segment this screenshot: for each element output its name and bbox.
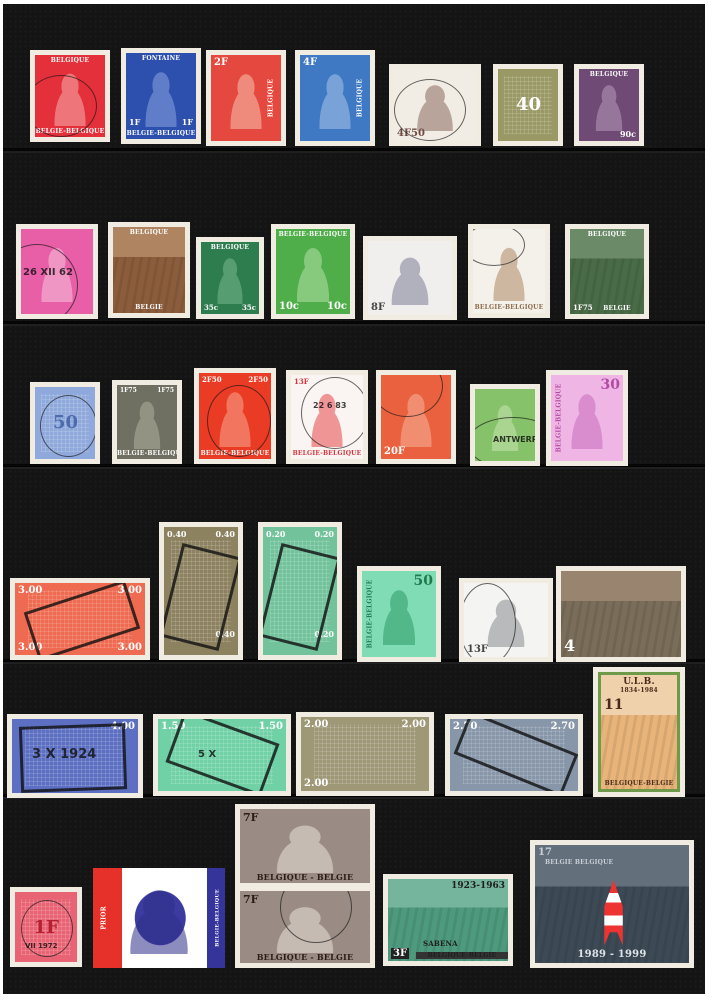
stamp-caption: FONTAINE — [126, 55, 196, 62]
stamp-value: 0.20 — [266, 529, 285, 539]
stamp-value: 2F50 — [202, 375, 222, 384]
stamp-value: 1F75 — [120, 387, 137, 394]
stamp-value: 8F — [371, 302, 385, 313]
stamp-value: 11 — [604, 697, 623, 713]
stamp-value: 2.00 — [304, 778, 328, 789]
stamp-value: 3.00 — [18, 585, 42, 596]
stamp-green-railway-parcel[interactable]: 0.20 0.20 0.20 — [258, 522, 342, 660]
stamp-value: 1F — [34, 917, 59, 938]
stamp-value: 17 — [538, 847, 552, 858]
stamp-caption: BELGIE BELGIQUE — [545, 859, 689, 866]
stamp-caption: BELGIQUE-BELGIE — [601, 780, 677, 787]
stamp-green-railway-parcel-150[interactable]: 1.50 1.50 5 X — [153, 714, 291, 796]
stamp-green-coat-of-arms[interactable]: ANTWERPEN 15-16 — [470, 384, 540, 466]
stamp-baudouin-profile-brown[interactable]: 4F50 — [389, 64, 481, 146]
stamp-value: 13F — [467, 644, 488, 655]
stamp-brown-coat-of-arms-pair-bottom[interactable]: 7F BELGIQUE - BELGIE — [235, 886, 375, 968]
stamp-caption: BELGIE-BELGIQUE — [117, 450, 177, 457]
stamp-brown-industrial[interactable]: BELGIQUE BELGIE — [108, 222, 190, 318]
stamp-value: 2F50 — [248, 375, 268, 384]
stamp-value: 35c — [204, 303, 218, 312]
stamp-caption: BELGIQUE - BELGIE — [240, 954, 370, 961]
stamp-value: 50 — [414, 573, 433, 589]
stamp-white-red-baudouin[interactable]: 13F BELGIE-BELGIQUE 22 6 83 — [286, 370, 368, 464]
stamp-red-leopold[interactable]: 2F50 2F50 BELGIE-BELGIQUE — [194, 368, 276, 464]
stamp-caption: BELGIQUE — [570, 231, 644, 238]
stamp-grey-leopold[interactable]: 1F75 1F75 BELGIE-BELGIQUE — [112, 380, 182, 464]
stamp-caption: BELGIQUE — [113, 229, 185, 236]
stamp-red-baudouin[interactable]: 2F BELGIQUE — [206, 50, 286, 146]
stamp-value: 4.00 — [111, 721, 135, 732]
stamp-mint-albert-ii[interactable]: 50 BELGIE-BELGIQUE — [357, 566, 441, 662]
stamp-value: 0.40 — [216, 629, 235, 639]
stamp-caption: BELGIE-BELGIQUE — [556, 378, 563, 458]
strip-divider — [3, 148, 705, 153]
stamp-brown-soldier[interactable]: 4 — [556, 566, 686, 662]
stamp-caption: BELGIQUE — [357, 58, 364, 138]
stamp-value: 3.00 — [118, 642, 142, 653]
stamp-value: 2.00 — [304, 719, 328, 730]
stamp-caption: BELGIQUE-BELGIE — [416, 952, 508, 959]
stamp-prior-portrait[interactable]: PRIOR BELGIE-BELGIQUE — [93, 868, 225, 968]
stamp-caption: BELGIQUE — [201, 244, 259, 251]
stamp-value: 0.40 — [167, 529, 186, 539]
stamp-blue-seated-man[interactable]: FONTAINE 1F 1F BELGIE-BELGIQUE — [121, 48, 201, 144]
stock-page: BELGIQUE BELGIE-BELGIQUE FONTAINE 1F 1F … — [3, 4, 705, 994]
stamp-value: 0.20 — [315, 629, 334, 639]
stamp-ulb-building[interactable]: U.L.B. 1834-1984 11 BELGIQUE-BELGIE — [593, 667, 685, 797]
stamp-value: 7F — [243, 811, 258, 824]
postmark-text: 5 X — [198, 749, 216, 760]
stamp-value: 1F — [182, 117, 193, 127]
postmark-text: ANTWERPEN 15-16 — [493, 435, 535, 444]
stamp-grey-baudouin-profile[interactable]: 8F — [363, 236, 457, 320]
stamp-value: 30 — [601, 377, 620, 393]
stamp-value: 10c — [327, 301, 347, 312]
stamp-caption: BELGIE-BELGIQUE — [35, 128, 105, 135]
stamp-white-tan-baudouin[interactable]: BELGIE-BELGIQUE — [468, 224, 550, 318]
stamp-green-albert-oval[interactable]: BELGIQUE 35c 35c — [196, 237, 264, 319]
stamp-caption: BELGIE — [590, 305, 644, 312]
stamp-caption: BELGIQUE — [268, 58, 275, 138]
stamp-caption: 1923-1963 — [451, 881, 505, 891]
stamp-red-figure[interactable]: BELGIQUE BELGIE-BELGIQUE — [30, 50, 110, 142]
stamp-olive-railway-parcel-200[interactable]: 2.00 2.00 2.00 — [296, 712, 434, 796]
stamp-caption: 1834-1984 — [601, 687, 677, 694]
stamp-olive-railway-parcel[interactable]: 0.40 0.40 0.40 — [159, 522, 243, 660]
stamp-grey-baudouin-13f[interactable]: 13F — [459, 578, 553, 662]
stamp-value: 2.00 — [402, 719, 426, 730]
stamp-value: 40 — [516, 94, 541, 115]
stamp-caption: BELGIE-BELGIQUE — [367, 574, 374, 654]
stamp-value: 0.40 — [216, 529, 235, 539]
strip-divider — [3, 321, 705, 326]
stamp-value: 2.70 — [551, 721, 575, 732]
stamp-pink-albert-ii[interactable]: 30 BELGIE-BELGIQUE — [546, 370, 628, 466]
stamp-caption: BELGIE — [113, 304, 185, 311]
stamp-olive-lion-numeral[interactable]: 40 — [493, 64, 563, 146]
stamp-pink-baudouin[interactable]: 26 XII 62 — [16, 224, 98, 319]
stamp-value: 1F — [129, 117, 140, 127]
stamp-value: 50 — [53, 412, 78, 433]
stamp-green-printing[interactable]: BELGIQUE 1F75 BELGIE — [565, 224, 649, 319]
stamp-caption: U.L.B. — [601, 677, 677, 687]
stamp-purple-coat-of-arms[interactable]: BELGIQUE 90c — [574, 64, 644, 146]
stamp-value: 4F50 — [397, 128, 425, 139]
stamp-value: 90c — [620, 129, 636, 139]
stamp-value: 20F — [384, 446, 405, 457]
stamp-blue-numeral-50[interactable]: 50 — [30, 382, 100, 464]
stamp-value: 7F — [243, 893, 258, 906]
stamp-tintin-rocket[interactable]: 17 BELGIE BELGIQUE 1989 - 1999 — [530, 840, 694, 968]
stamp-caption: BELGIE-BELGIQUE — [215, 878, 222, 958]
stamp-blue-railway-parcel[interactable]: 4.00 3 X 1924 — [7, 714, 143, 798]
stamp-caption: BELGIE-BELGIQUE — [291, 450, 363, 457]
stamp-green-lion-v[interactable]: BELGIE-BELGIQUE 10c 10c — [271, 224, 355, 319]
stamp-caption: PRIOR — [101, 878, 108, 958]
rocket-illustration — [604, 880, 622, 945]
postmark-text: 22 6 83 — [313, 401, 346, 410]
stamp-value: 3.00 — [18, 642, 42, 653]
stamp-caption: SABENA — [423, 940, 508, 947]
stamp-value: 3F — [391, 948, 409, 959]
stamp-value: 3.00 — [118, 585, 142, 596]
stamp-brown-coat-of-arms-pair-top[interactable]: 7F BELGIQUE - BELGIE — [235, 804, 375, 888]
stamp-value: 4F — [303, 57, 317, 68]
stamp-value: 10c — [279, 301, 299, 312]
stamp-value: 1.50 — [161, 721, 185, 732]
postmark-text: 26 XII 62 — [23, 267, 73, 278]
stamp-blue-baudouin[interactable]: 4F BELGIQUE — [295, 50, 375, 146]
stamp-caption: BELGIE-BELGIQUE — [473, 304, 545, 311]
stamp-caption: BELGIE-BELGIQUE — [276, 231, 350, 238]
stamp-caption: BELGIQUE - BELGIE — [240, 874, 370, 881]
stamp-value: 2.70 — [453, 721, 477, 732]
stamp-red-lion-numeral-1[interactable]: 1F VII 1972 — [10, 887, 82, 967]
stamp-value: 0.20 — [315, 529, 334, 539]
stamp-sabena-airplane[interactable]: 1923-1963 SABENA 3F BELGIQUE-BELGIE — [383, 874, 513, 966]
postmark-text: 3 X 1924 — [32, 747, 96, 762]
stamp-orange-leopold[interactable]: 20F — [376, 370, 456, 464]
stamp-red-railway-parcel[interactable]: 3.00 3.00 3.00 3.00 — [10, 578, 150, 660]
stamp-caption: 1989 - 1999 — [535, 949, 689, 961]
postmark-text: VII 1972 — [25, 942, 58, 950]
stamp-caption: BELGIE-BELGIQUE — [199, 450, 271, 457]
stamp-value: 13F — [294, 377, 309, 386]
stamp-value: 4 — [564, 636, 575, 655]
stamp-value: 1F75 — [157, 387, 174, 394]
stamp-value: 35c — [242, 303, 256, 312]
stamp-value: 2F — [214, 57, 228, 68]
stamp-caption: BELGIQUE — [35, 57, 105, 64]
stamp-grey-railway-parcel-270[interactable]: 2.70 2.70 — [445, 714, 583, 796]
stamp-caption: BELGIQUE — [579, 71, 639, 78]
stamp-value: 1.50 — [259, 721, 283, 732]
stamp-caption: BELGIE-BELGIQUE — [126, 130, 196, 137]
